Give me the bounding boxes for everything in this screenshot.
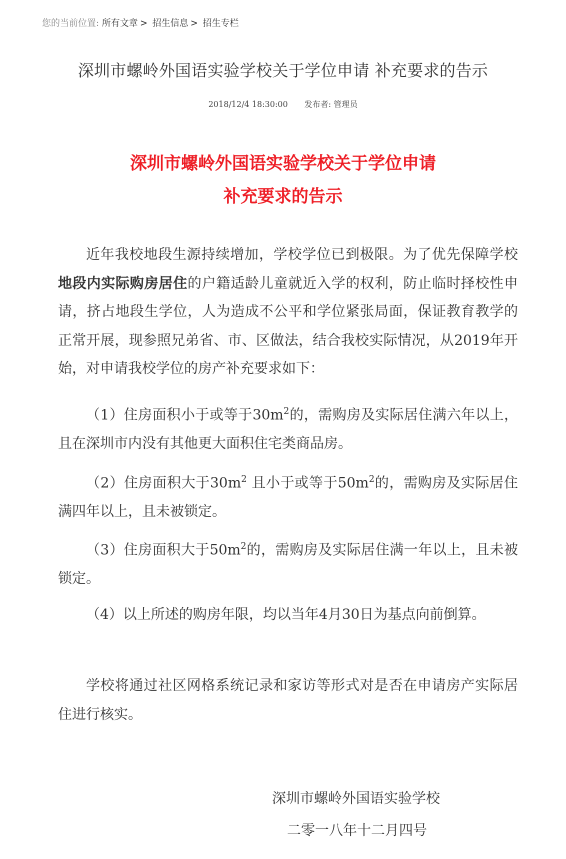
breadcrumb-separator: > (140, 19, 148, 29)
requirement-item-1: （1）住房面积小于或等于30m2的，需购房及实际居住满六年以上，且在深圳市内没有… (58, 398, 518, 459)
item-text: 且小于或等于50m (247, 476, 369, 492)
intro-paragraph: 近年我校地段生源持续增加，学校学位已到极限。为了优先保障学校地段内实际购房居住的… (58, 241, 518, 384)
breadcrumb-prefix: 您的当前位置: (42, 19, 99, 29)
publish-datetime: 2018/12/4 18:30:00 (208, 100, 288, 109)
signature-school: 深圳市螺岭外国语实验学校 (272, 788, 440, 808)
notice-heading-line1: 深圳市螺岭外国语实验学校关于学位申请 (0, 148, 566, 181)
intro-text-start: 近年我校地段生源持续增加，学校学位已到极限。为了优先保障学校 (86, 247, 518, 263)
breadcrumb-admissions-info[interactable]: 招生信息 (152, 19, 188, 29)
requirement-item-2: （2）住房面积大于30m2 且小于或等于50m2的，需购房及实际居住满四年以上，… (58, 466, 518, 527)
article-meta: 2018/12/4 18:30:00 发布者: 管理员 (0, 99, 566, 110)
signature-date: 二零一八年十二月四号 (287, 820, 427, 840)
requirement-item-4: （4）以上所述的购房年限，均以当年4月30日为基点向前倒算。 (58, 601, 518, 630)
item-text: （3）住房面积大于50m (86, 543, 241, 559)
item-text: （1）住房面积小于或等于30m (86, 408, 284, 424)
item-text: （4）以上所述的购房年限，均以当年4月30日为基点向前倒算。 (86, 607, 486, 623)
publisher: 发布者: 管理员 (304, 100, 357, 109)
item-text: （2）住房面积大于30m (86, 476, 241, 492)
requirement-item-3: （3）住房面积大于50m2的，需购房及实际居住满一年以上，且未被锁定。 (58, 533, 518, 594)
breadcrumb-all-articles[interactable]: 所有文章 (102, 19, 138, 29)
closing-text: 学校将通过社区网格系统记录和家访等形式对是否在申请房产实际居住进行核实。 (58, 672, 518, 729)
notice-heading-line2: 补充要求的告示 (0, 181, 566, 214)
closing-paragraph: 学校将通过社区网格系统记录和家访等形式对是否在申请房产实际居住进行核实。 (58, 672, 518, 729)
notice-heading: 深圳市螺岭外国语实验学校关于学位申请 补充要求的告示 (0, 148, 566, 214)
breadcrumb-separator: > (190, 19, 198, 29)
breadcrumb-admissions-column[interactable]: 招生专栏 (203, 19, 239, 29)
page-title: 深圳市螺岭外国语实验学校关于学位申请 补充要求的告示 (0, 58, 566, 81)
intro-text-bold: 地段内实际购房居住 (58, 276, 187, 292)
breadcrumb: 您的当前位置: 所有文章> 招生信息> 招生专栏 (42, 16, 239, 29)
